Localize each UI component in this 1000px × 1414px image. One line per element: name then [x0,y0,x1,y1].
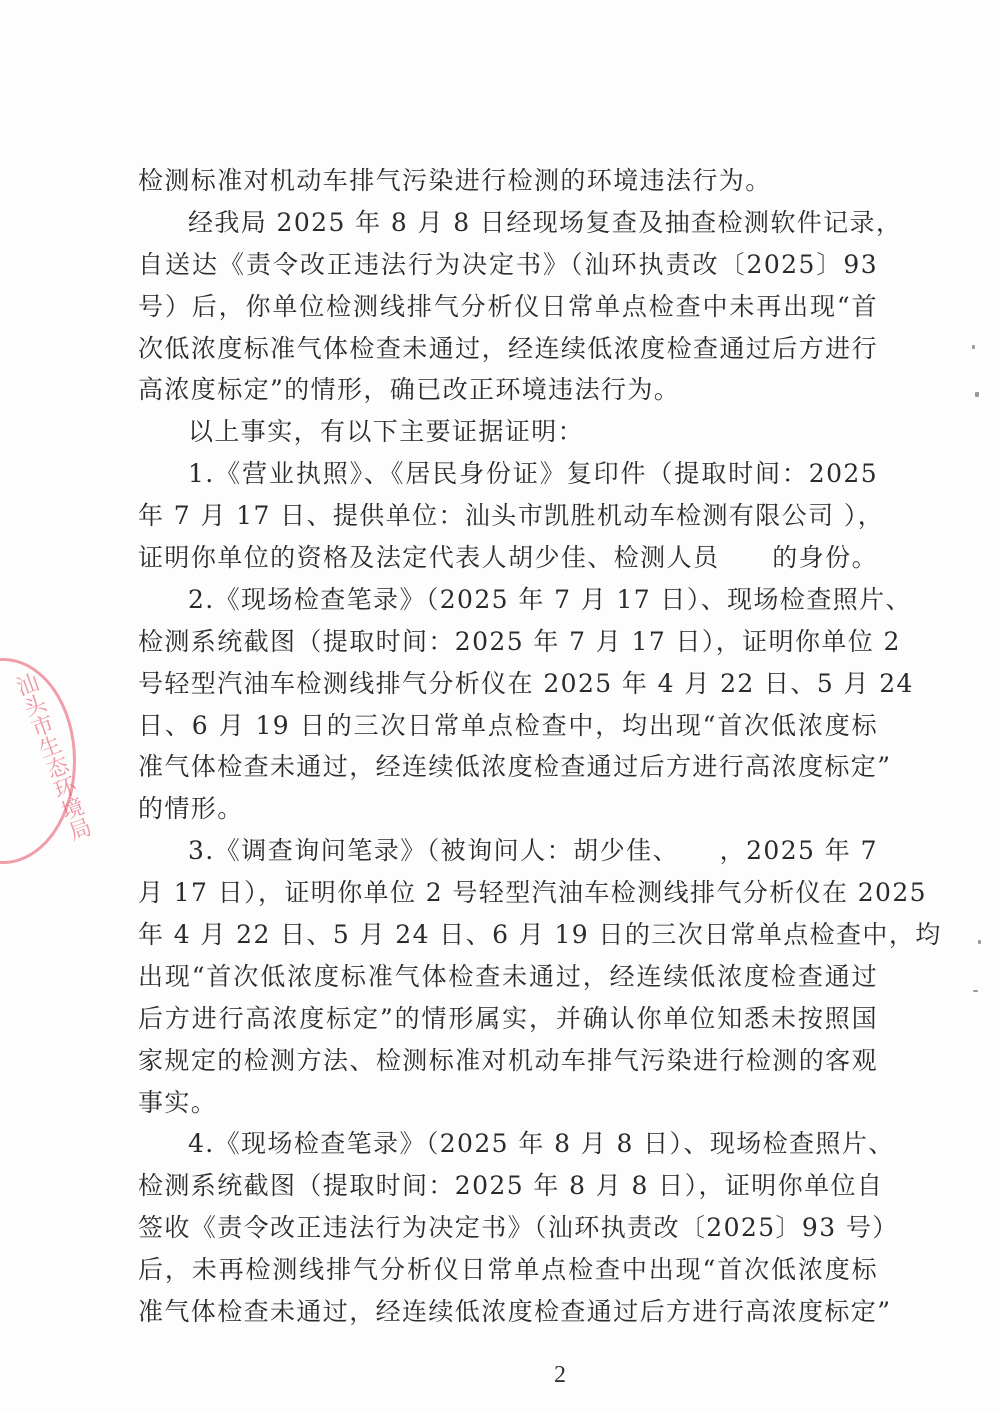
text-line: 出现“首次低浓度标准气体检查未通过，经连续低浓度检查通过 [138,956,878,998]
text-line: 检测标准对机动车排气污染进行检测的环境违法行为。 [138,160,878,202]
text-line: 年 7 月 17 日、提供单位：汕头市凯胜机动车检测有限公司 ）， [138,495,878,537]
scan-speck [975,392,979,397]
scan-speck [973,990,978,992]
text-line: 号）后，你单位检测线排气分析仪日常单点检查中未再出现“首 [138,286,878,328]
text-line: 后，未再检测线排气分析仪日常单点检查中出现“首次低浓度标 [138,1249,878,1291]
text-line: 号轻型汽油车检测线排气分析仪在 2025 年 4 月 22 日、5 月 24 [138,663,878,705]
text-line: 经我局 2025 年 8 月 8 日经现场复查及抽查检测软件记录， [138,202,878,244]
scan-speck [972,345,975,349]
text-line: 准气体检查未通过，经连续低浓度检查通过后方进行高浓度标定” [138,1291,878,1333]
text-line: 后方进行高浓度标定”的情形属实，并确认你单位知悉未按照国 [138,998,878,1040]
page-number: 2 [60,1362,1000,1389]
text-line: 准气体检查未通过，经连续低浓度检查通过后方进行高浓度标定” [138,746,878,788]
seal-text: 汕头市生态环境局 [9,670,94,844]
text-line: 以上事实，有以下主要证据证明： [138,411,878,453]
text-line: 高浓度标定”的情形，确已改正环境违法行为。 [138,369,878,411]
evidence-item-3: 3.《调查询问笔录》（被询问人：胡少佳、 ，2025 年 7 [138,830,878,872]
text-line: 签收《责令改正违法行为决定书》（汕环执责改〔2025〕93 号） [138,1207,878,1249]
text-line: 日、6 月 19 日的三次日常单点检查中，均出现“首次低浓度标 [138,705,878,747]
text-line: 检测系统截图（提取时间：2025 年 8 月 8 日），证明你单位自 [138,1165,878,1207]
text-line: 自送达《责令改正违法行为决定书》（汕环执责改〔2025〕93 [138,244,878,286]
document-body: 检测标准对机动车排气污染进行检测的环境违法行为。 经我局 2025 年 8 月 … [138,160,878,1333]
scan-speck [978,940,981,944]
official-seal-stamp: 汕头市生态环境局 [0,658,76,864]
text-line: 检测系统截图（提取时间：2025 年 7 月 17 日），证明你单位 2 [138,621,878,663]
evidence-item-2: 2.《现场检查笔录》（2025 年 7 月 17 日）、现场检查照片、 [138,579,878,621]
text-line: 次低浓度标准气体检查未通过，经连续低浓度检查通过后方进行 [138,328,878,370]
evidence-item-4: 4.《现场检查笔录》（2025 年 8 月 8 日）、现场检查照片、 [138,1123,878,1165]
text-line: 事实。 [138,1082,878,1124]
document-page: 汕头市生态环境局 检测标准对机动车排气污染进行检测的环境违法行为。 经我局 20… [0,0,1000,1414]
text-line: 年 4 月 22 日、5 月 24 日、6 月 19 日的三次日常单点检查中，均 [138,914,878,956]
text-line: 月 17 日），证明你单位 2 号轻型汽油车检测线排气分析仪在 2025 [138,872,878,914]
text-line: 的情形。 [138,788,878,830]
evidence-item-1: 1.《营业执照》、《居民身份证》复印件（提取时间：2025 [138,453,878,495]
text-line: 家规定的检测方法、检测标准对机动车排气污染进行检测的客观 [138,1040,878,1082]
text-line: 证明你单位的资格及法定代表人胡少佳、检测人员 的身份。 [138,537,878,579]
